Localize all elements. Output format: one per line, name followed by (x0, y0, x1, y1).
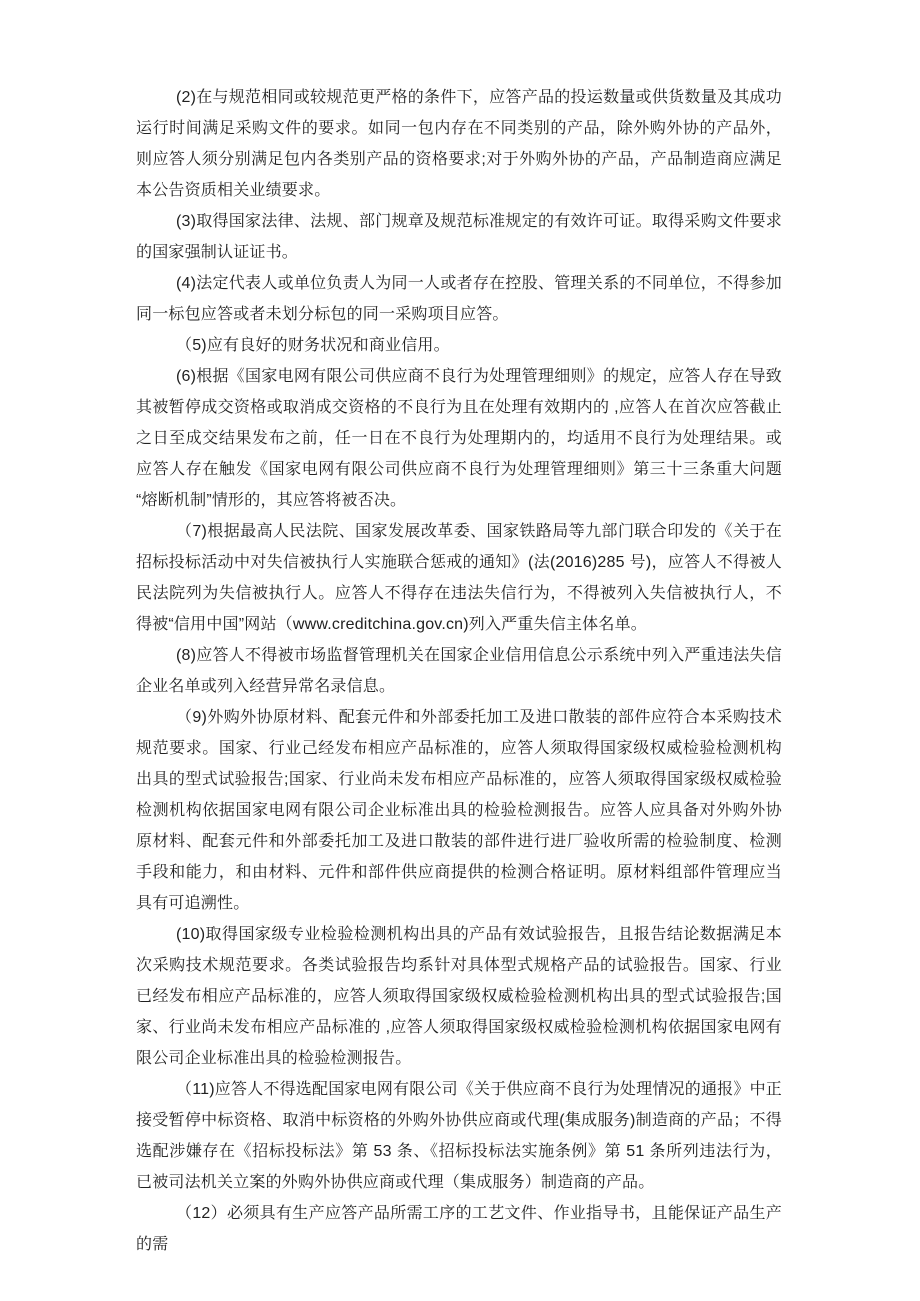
clause-number: （12） (176, 1205, 227, 1222)
clause-text: 取得国家法律、法规、部门规章及规范标准规定的有效许可证。取得采购文件要求的国家强… (136, 213, 782, 261)
document-page: (2)在与规范相同或较规范更严格的条件下，应答产品的投运数量或供货数量及其成功运… (0, 0, 920, 1301)
clause-paragraph: (6)根据《国家电网有限公司供应商不良行为处理管理细则》的规定，应答人存在导致其… (136, 361, 782, 516)
clause-text: 根据最高人民法院、国家发展改革委、国家铁路局等九部门联合印发的《关于在招标投标活… (136, 523, 782, 633)
clause-paragraph: （7)根据最高人民法院、国家发展改革委、国家铁路局等九部门联合印发的《关于在招标… (136, 516, 782, 640)
clause-number: (8) (176, 647, 196, 664)
clause-number: (3) (176, 213, 196, 230)
clause-number: (4) (176, 275, 196, 292)
clause-text: 应答人不得被市场监督管理机关在国家企业信用信息公示系统中列入严重违法失信企业名单… (136, 647, 782, 695)
clause-number: （9) (176, 709, 207, 726)
clause-text: 应答人不得选配国家电网有限公司《关于供应商不良行为处理情况的通报》中正接受暂停中… (136, 1081, 782, 1191)
clause-number: （5) (176, 337, 207, 354)
clause-text: 应有良好的财务状况和商业信用。 (207, 337, 450, 354)
clause-paragraph: （11)应答人不得选配国家电网有限公司《关于供应商不良行为处理情况的通报》中正接… (136, 1074, 782, 1198)
clause-number: (2) (176, 89, 196, 106)
clause-paragraph: （9)外购外协原材料、配套元件和外部委托加工及进口散装的部件应符合本采购技术规范… (136, 702, 782, 919)
clause-number: （7) (176, 523, 207, 540)
clause-text: 根据《国家电网有限公司供应商不良行为处理管理细则》的规定，应答人存在导致其被暂停… (136, 368, 782, 509)
clause-text: 取得国家级专业检验检测机构出具的产品有效试验报告，且报告结论数据满足本次采购技术… (136, 926, 782, 1067)
clause-text: 必须具有生产应答产品所需工序的工艺文件、作业指导书，且能保证产品生产的需 (136, 1205, 782, 1253)
clause-paragraph: (8)应答人不得被市场监督管理机关在国家企业信用信息公示系统中列入严重违法失信企… (136, 640, 782, 702)
clause-text: 外购外协原材料、配套元件和外部委托加工及进口散装的部件应符合本采购技术规范要求。… (136, 709, 782, 912)
clause-text: 法定代表人或单位负责人为同一人或者存在控股、管理关系的不同单位，不得参加同一标包… (136, 275, 782, 323)
clause-paragraph: (3)取得国家法律、法规、部门规章及规范标准规定的有效许可证。取得采购文件要求的… (136, 206, 782, 268)
clause-text: 在与规范相同或较规范更严格的条件下，应答产品的投运数量或供货数量及其成功运行时间… (136, 89, 782, 199)
clause-paragraph: （5)应有良好的财务状况和商业信用。 (136, 330, 782, 361)
document-body: (2)在与规范相同或较规范更严格的条件下，应答产品的投运数量或供货数量及其成功运… (136, 82, 782, 1260)
clause-paragraph: (2)在与规范相同或较规范更严格的条件下，应答产品的投运数量或供货数量及其成功运… (136, 82, 782, 206)
clause-number: (6) (176, 368, 196, 385)
clause-paragraph: （12）必须具有生产应答产品所需工序的工艺文件、作业指导书，且能保证产品生产的需 (136, 1198, 782, 1260)
clause-paragraph: (10)取得国家级专业检验检测机构出具的产品有效试验报告，且报告结论数据满足本次… (136, 919, 782, 1074)
clause-paragraph: (4)法定代表人或单位负责人为同一人或者存在控股、管理关系的不同单位，不得参加同… (136, 268, 782, 330)
clause-number: （11) (176, 1081, 215, 1098)
clause-number: (10) (176, 926, 205, 943)
